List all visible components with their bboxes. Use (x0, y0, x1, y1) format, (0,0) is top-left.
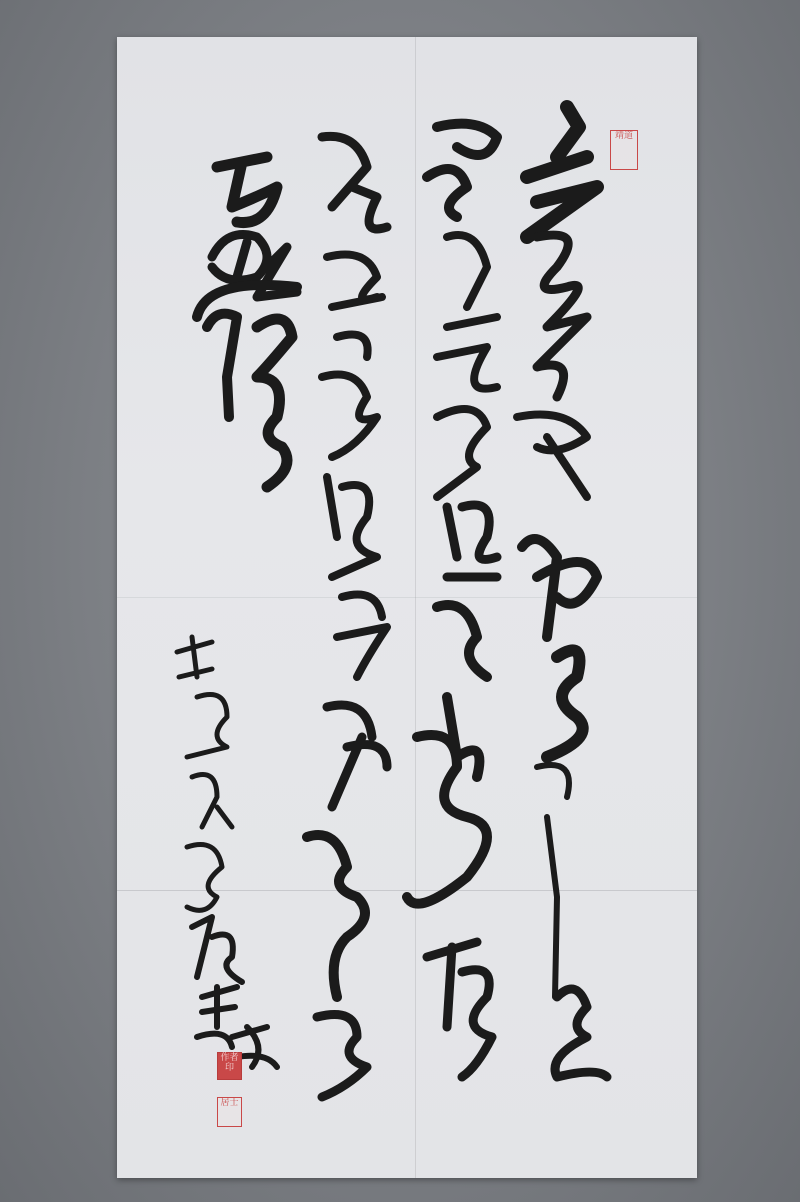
signature-strokes (177, 637, 277, 1067)
signature-seal-2: 居士 (217, 1097, 242, 1127)
calligraphy-paper: 靖道 作者印 居士 (117, 37, 697, 1178)
column-3-strokes (307, 136, 387, 1097)
column-2-strokes (407, 124, 497, 1077)
seal-glyphs: 靖道 (615, 131, 633, 141)
column-1-strokes (517, 107, 607, 1077)
column-4-strokes (197, 157, 297, 487)
signature-seal-1: 作者印 (217, 1052, 242, 1080)
seal-glyphs: 居士 (220, 1098, 238, 1108)
leading-seal-top-right: 靖道 (610, 130, 638, 170)
calligraphy-ink (117, 37, 697, 1178)
seal-glyphs: 作者印 (220, 1053, 238, 1073)
